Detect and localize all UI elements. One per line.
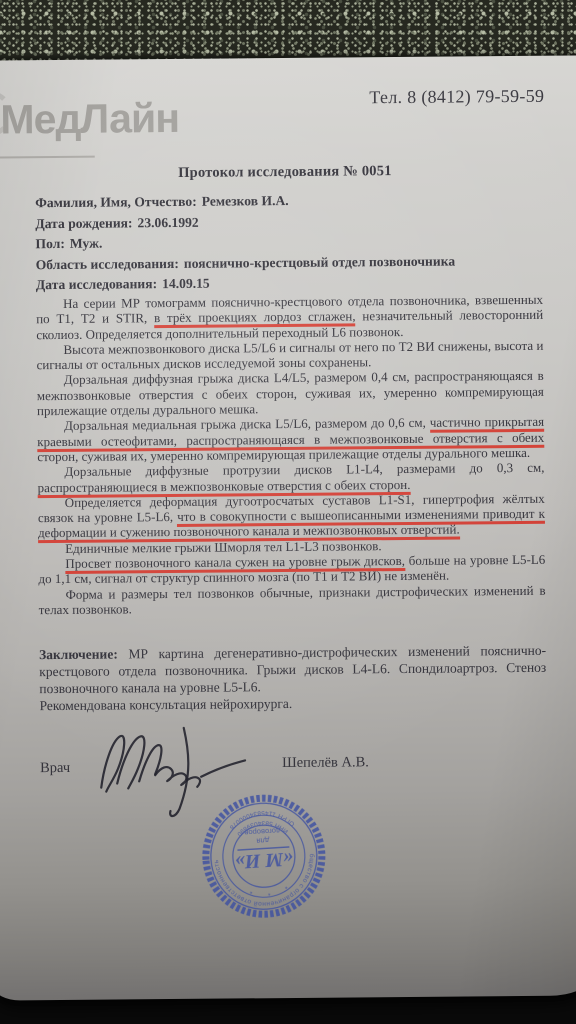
patient-sex-value: Муж.: [70, 236, 103, 251]
report-paragraph: Дорзальная медиальная грыжа диска L5/L6,…: [37, 414, 544, 464]
clinic-phone: Тел. 8 (8412) 79-59-59: [369, 86, 544, 109]
patient-name-label: Фамилия, Имя, Отчество:: [35, 194, 197, 210]
patient-sex-label: Пол:: [35, 236, 64, 251]
study-date-label: Дата исследования:: [36, 277, 157, 293]
report-text: Дорзальные диффузные протрузии дисков L1…: [64, 460, 544, 479]
conclusion-block: Заключение: МР картина дегенеративно-дис…: [39, 642, 547, 714]
patient-birth-value: 23.06.1992: [137, 214, 198, 230]
study-area-value: пояснично-крестцовый отдел позвоночника: [184, 253, 455, 270]
doctor-name: Шепелёв А.В.: [282, 754, 369, 772]
patient-birth-label: Дата рождения:: [35, 215, 132, 231]
doctor-label: Врач: [40, 760, 70, 777]
conclusion-paragraph: Заключение: МР картина дегенеративно-дис…: [39, 642, 546, 697]
report-text: Высота межпозвонкового диска L5/L6 и сиг…: [37, 338, 544, 373]
report-paragraph: Дорзальные диффузные протрузии дисков L1…: [37, 460, 544, 495]
report-text: Дорзальная диффузная грыжа диска L4/L5, …: [37, 368, 544, 418]
patient-info: Фамилия, Имя, Отчество:Ремезков И.А. Дат…: [35, 189, 544, 296]
report-paragraph: Высота межпозвонкового диска L5/L6 и сиг…: [36, 338, 543, 373]
clinic-logo: МедЛайн: [0, 95, 179, 144]
study-date-value: 14.09.15: [162, 276, 210, 291]
protocol-title: Протокол исследования № 0051: [0, 161, 576, 183]
report-paragraph: Дорзальная диффузная грыжа диска L4/L5, …: [37, 368, 544, 418]
conclusion-label: Заключение:: [39, 646, 118, 662]
study-area-label: Область исследования:: [36, 256, 179, 272]
report-paragraph: Просвет позвоночного канала сужен на уро…: [38, 552, 545, 587]
report-text: Форма и размеры тел позвонков обычные, п…: [39, 582, 546, 617]
patient-name-value: Ремезков И.А.: [202, 193, 289, 209]
report-paragraph: На серии МР томограмм пояснично-крестцов…: [36, 292, 543, 342]
document-sheet: МедЛайн Тел. 8 (8412) 79-59-59 Протокол …: [0, 55, 576, 1000]
report-body: На серии МР томограмм пояснично-крестцов…: [36, 292, 546, 618]
stamp-purpose-line1: для: [256, 836, 270, 846]
stamp-purpose-line2: договоров: [244, 826, 281, 837]
report-paragraph: Определяется деформация дугоотросчатых с…: [38, 491, 545, 541]
recommendation-text: Рекомендована консультация нейрохирурга.: [39, 693, 546, 714]
stamp-center-text: «М И»: [234, 847, 294, 873]
logo-underline: [0, 156, 95, 159]
report-paragraph: Форма и размеры тел позвонков обычные, п…: [39, 582, 546, 617]
company-stamp: Общество с ограниченной ответственностью…: [194, 786, 334, 926]
